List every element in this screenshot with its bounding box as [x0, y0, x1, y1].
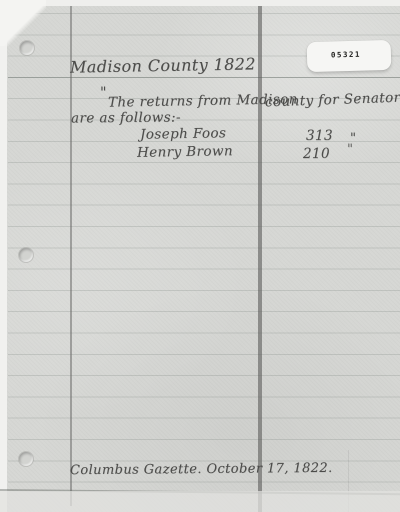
- opening-quote-mark: ": [100, 85, 107, 101]
- source-citation: Columbus Gazette. October 17, 1822.: [70, 461, 333, 478]
- heading-underline-rule: [8, 77, 400, 78]
- left-margin-rule: [70, 6, 72, 506]
- candidate-name: Henry Brown: [137, 143, 233, 161]
- center-vertical-rule: [258, 6, 262, 512]
- scan-edge-top: [0, 0, 400, 6]
- scan-edge-left: [0, 0, 7, 512]
- page-bottom-margin: [0, 491, 400, 512]
- body-line1-right: county for Senator: [265, 90, 400, 111]
- catalog-number: 05321: [331, 49, 361, 59]
- page-corner-fold: [0, 0, 46, 46]
- vote-count: 313: [306, 128, 333, 144]
- catalog-number-sticker: 05321: [307, 40, 392, 72]
- vote-count: 210: [303, 146, 330, 162]
- horizontal-ruled-lines: [8, 13, 400, 487]
- document-heading: Madison County 1822: [70, 54, 256, 76]
- punch-hole-middle: [19, 248, 33, 262]
- body-line2: are as follows:-: [71, 110, 181, 127]
- candidate-name: Joseph Foos: [140, 125, 227, 143]
- ditto-mark: ": [347, 142, 353, 157]
- punch-hole-top: [20, 41, 34, 55]
- punch-hole-bottom: [19, 452, 33, 466]
- scanned-document-page: 05321 Madison County 1822 " The returns …: [0, 0, 400, 512]
